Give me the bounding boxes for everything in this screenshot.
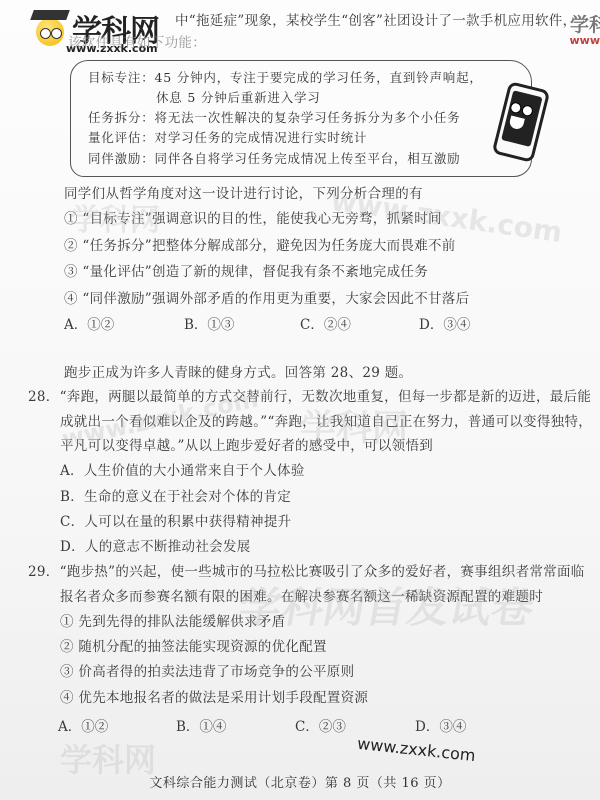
- feature-row-focus-cont: 休息 5 分钟后重新进入学习: [156, 90, 321, 106]
- q27-option-d[interactable]: D．③④: [419, 316, 470, 334]
- feature-desc: 休息 5 分钟后重新进入学习: [156, 90, 321, 105]
- q29-option-a[interactable]: A．①②: [58, 718, 108, 736]
- q27-statement-3: ③ “量化评估”创造了新的规律，督促我有条不紊地完成任务: [64, 263, 428, 281]
- q29-option-c[interactable]: C．②③: [295, 718, 346, 736]
- q28-option-a[interactable]: A．人生价值的大小通常来自于个人体验: [60, 462, 305, 480]
- feature-row-split: 任务拆分：将无法一次性解决的复杂学习任务拆分为多个小任务: [88, 110, 460, 126]
- site-url: www.zxxk.com: [356, 734, 476, 765]
- mascot-eye-icon: [40, 28, 51, 39]
- feature-term: 同伴激励：: [88, 151, 155, 166]
- feature-term: 目标专注：: [88, 70, 155, 85]
- q29-option-d[interactable]: D．③④: [415, 718, 466, 736]
- feature-desc: 将无法一次性解决的复杂学习任务拆分为多个小任务: [155, 110, 461, 125]
- feature-desc: 45 分钟内，专注于要完成的学习任务，直到铃声响起，: [155, 70, 483, 85]
- q28-stem-line-1: 28．“奔跑，两腿以最简单的方式交替前行，无数次地重复，但每一步都是新的迈进，最…: [28, 388, 591, 406]
- q29-statement-1: ① 先到先得的排队法能缓解供求矛盾: [60, 613, 285, 631]
- feature-row-evaluate: 量化评估：对学习任务的完成情况进行实时统计: [88, 130, 367, 146]
- q28-option-b[interactable]: B．生命的意义在于社会对个体的肯定: [60, 488, 291, 506]
- feature-row-focus: 目标专注：45 分钟内，专注于要完成的学习任务，直到铃声响起，: [88, 70, 483, 86]
- q29-stem-line-1: 29．“跑步热”的兴起，使一些城市的马拉松比赛吸引了众多的爱好者，赛事组织者常常…: [28, 563, 585, 581]
- intro-line-2: 该软件具有如下功能：: [68, 34, 206, 52]
- q29-statement-3: ③ 价高者得的拍卖法违背了市场竞争的公平原则: [60, 663, 354, 681]
- q27-option-c[interactable]: C．②④: [300, 316, 351, 334]
- q27-stem: 同学们从哲学角度对这一设计进行讨论，下列分析合理的有: [64, 185, 423, 203]
- q28-stem-line-3: 平凡可以变得卓越。”从以上跑步爱好者的感受中，可以领悟到: [60, 437, 433, 455]
- mascot-eye-icon: [51, 28, 62, 39]
- q29-statement-2: ② 随机分配的抽签法能实现资源的优化配置: [60, 638, 327, 656]
- q28-option-d[interactable]: D．人的意志不断推动社会发展: [60, 538, 251, 556]
- feature-term: 量化评估：: [88, 130, 155, 145]
- q28-option-c[interactable]: C．人可以在量的积累中获得精神提升: [60, 513, 291, 531]
- q29-option-b[interactable]: B．①④: [176, 718, 226, 736]
- corner-url-watermark: www: [570, 34, 600, 47]
- graduation-cap-icon: [30, 10, 70, 20]
- feature-term: 任务拆分：: [88, 110, 155, 125]
- q27-statement-4: ④ “同伴激励”强调外部矛盾的作用更为重要，大家会因此不甘落后: [64, 290, 469, 308]
- material-intro: 跑步正成为许多人青睐的健身方式。回答第 28、29 题。: [64, 364, 412, 382]
- q27-statement-1: ① “目标专注”强调意识的目的性，能使我心无旁骛，抓紧时间: [64, 210, 442, 228]
- page-footer: 文科综合能力测试（北京卷）第 8 页（共 16 页）: [0, 772, 600, 791]
- q27-option-a[interactable]: A．①②: [64, 316, 114, 334]
- intro-line-1: 中“拖延症”现象，某校学生“创客”社团设计了一款手机应用软件，: [175, 12, 576, 30]
- q29-statement-4: ④ 优先本地报名者的做法是采用计划手段配置资源: [60, 689, 368, 707]
- q27-statement-2: ② “任务拆分”把整体分解成部分，避免因为任务庞大而畏难不前: [64, 237, 456, 255]
- feature-desc: 对学习任务的完成情况进行实时统计: [155, 130, 368, 145]
- q29-stem-line-2: 报名者众多而参赛名额有限的困难。在解决参赛名额这一稀缺资源配置的难题时: [60, 588, 543, 606]
- q28-stem-line-2: 成就出一个看似难以企及的跨越。”“奔跑，让我知道自己正在努力，普通可以变得独特，: [60, 413, 592, 431]
- feature-desc: 同伴各自将学习任务完成情况上传至平台，相互激励: [155, 151, 461, 166]
- q27-option-b[interactable]: B．①③: [184, 316, 234, 334]
- feature-row-peer: 同伴激励：同伴各自将学习任务完成情况上传至平台，相互激励: [88, 151, 460, 167]
